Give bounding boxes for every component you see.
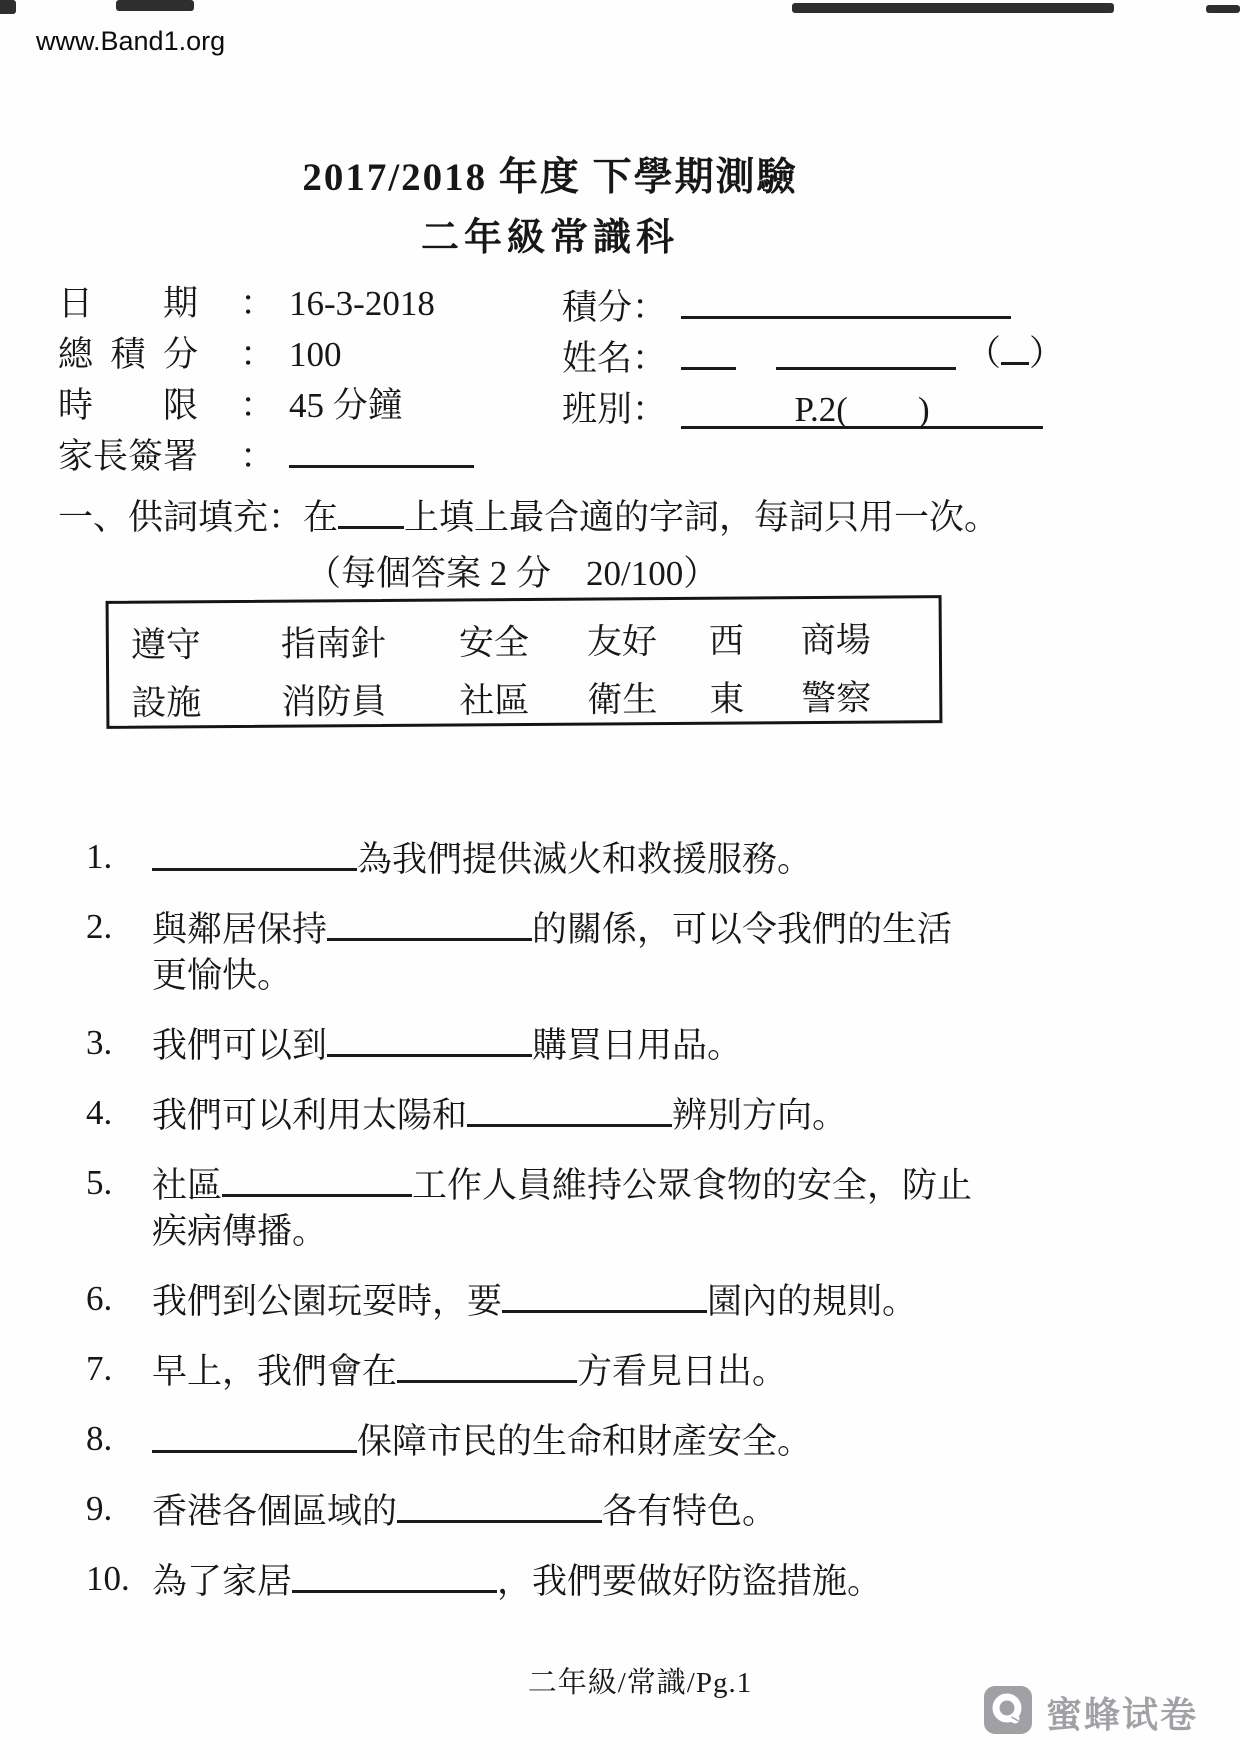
word-bank-item: 友好: [587, 614, 709, 665]
exam-info-right: 積分： 姓名：（） 班別：P.2( ): [562, 280, 1064, 433]
question-number: 3.: [86, 1020, 152, 1069]
fill-in-blank: [397, 1486, 602, 1523]
scan-artifact: [0, 0, 16, 14]
question-text: 為我們提供滅火和救援服務。: [152, 834, 980, 883]
info-row-parent-signature: 家長簽署：: [58, 429, 474, 480]
word-bank-item: 設施: [131, 675, 281, 726]
word-bank-item: 商場: [801, 612, 939, 663]
question-row: 1. 為我們提供滅火和救援服務。: [86, 834, 1044, 883]
name-line-short: [681, 331, 736, 370]
question-number: 5.: [86, 1160, 152, 1255]
parent-signature-label: 家長簽署: [58, 429, 240, 479]
fill-in-blank: [292, 1556, 497, 1593]
colon: ：: [632, 382, 667, 432]
parent-signature-line: [289, 429, 474, 468]
info-row-date: 日 期：16-3-2018: [58, 276, 474, 327]
question-number: 8.: [86, 1416, 152, 1465]
word-bank-item: 西: [709, 613, 801, 664]
info-row-time-limit: 時 限：45 分鐘: [58, 378, 474, 429]
brand-name: 蜜蜂试卷: [1046, 1687, 1198, 1738]
class-label: 班別: [562, 390, 632, 429]
fill-in-blank: [327, 904, 532, 941]
info-row-class: 班別：P.2( ): [562, 382, 1064, 433]
time-limit-value: 45 分鐘: [289, 386, 403, 425]
exam-title: 2017/2018 年度 下學期測驗: [0, 146, 1100, 202]
word-bank-item: 消防員: [281, 673, 459, 724]
section-heading-pre: 一、供詞填充：在: [58, 498, 338, 537]
scan-artifact: [792, 3, 1114, 13]
section-heading-post: 上填上最合適的字詞，每詞只用一次。: [404, 498, 999, 537]
class-number-parens: （）: [966, 334, 1064, 373]
question-text: 我們可以利用太陽和辨別方向。: [152, 1090, 980, 1139]
word-bank-item: 衛生: [587, 672, 709, 723]
word-bank-item: 東: [709, 671, 801, 722]
question-number: 9.: [86, 1486, 152, 1535]
info-row-total-marks: 總 積 分：100: [58, 327, 474, 378]
question-row: 2. 與鄰居保持的關係，可以令我們的生活更愉快。: [86, 904, 1044, 999]
fill-in-blank: [152, 1416, 357, 1453]
word-bank-item: 社區: [459, 673, 587, 724]
date-label: 日 期: [58, 276, 240, 326]
exam-info-left: 日 期：16-3-2018 總 積 分：100 時 限：45 分鐘 家長簽署：: [58, 276, 474, 480]
colon: ：: [632, 331, 667, 381]
question-text: 香港各個區域的各有特色。: [152, 1486, 980, 1535]
question-row: 9. 香港各個區域的各有特色。: [86, 1486, 1044, 1535]
info-row-score: 積分：: [562, 280, 1064, 331]
name-line-long: [776, 331, 956, 370]
name-label: 姓名: [562, 339, 632, 378]
question-text: 我們到公園玩耍時，要園內的規則。: [152, 1276, 980, 1325]
fill-in-blank: [222, 1160, 412, 1197]
section-one-heading: 一、供詞填充：在上填上最合適的字詞，每詞只用一次。: [58, 490, 999, 540]
scan-artifact: [1206, 5, 1240, 13]
colon: ：: [240, 429, 275, 479]
colon: ：: [240, 378, 275, 428]
exam-subtitle: 二年級常識科: [0, 206, 1100, 261]
question-number: 10.: [86, 1556, 152, 1605]
colon: ：: [632, 280, 667, 330]
scanned-exam-page: www.Band1.org 2017/2018 年度 下學期測驗 二年級常識科 …: [0, 0, 1240, 1754]
class-field-value: P.2( ): [794, 390, 929, 429]
score-line: [681, 280, 1011, 319]
info-row-name: 姓名：（）: [562, 331, 1064, 382]
colon: ：: [240, 327, 275, 377]
question-text: 為了家居，我們要做好防盜措施。: [152, 1556, 980, 1605]
question-number: 4.: [86, 1090, 152, 1139]
time-limit-label: 時 限: [58, 378, 240, 428]
class-field-line: P.2( ): [681, 382, 1043, 429]
fill-in-blank: [338, 492, 404, 529]
question-row: 7. 早上，我們會在方看見日出。: [86, 1346, 1044, 1395]
question-text: 早上，我們會在方看見日出。: [152, 1346, 980, 1395]
question-row: 6. 我們到公園玩耍時，要園內的規則。: [86, 1276, 1044, 1325]
question-text: 保障市民的生命和財產安全。: [152, 1416, 980, 1465]
class-number-line: [1001, 326, 1029, 365]
question-list: 1. 為我們提供滅火和救援服務。 2. 與鄰居保持的關係，可以令我們的生活更愉快…: [86, 834, 1044, 1626]
section-marks-note: （每個答案 2 分 20/100）: [306, 546, 718, 596]
total-marks-label: 總 積 分: [58, 327, 240, 377]
colon: ：: [240, 276, 275, 326]
question-text: 與鄰居保持的關係，可以令我們的生活更愉快。: [152, 904, 980, 999]
fill-in-blank: [327, 1020, 532, 1057]
question-row: 8. 保障市民的生命和財產安全。: [86, 1416, 1044, 1465]
question-number: 6.: [86, 1276, 152, 1325]
word-bank-row: 遵守 指南針 安全 友好 西 商場: [109, 612, 939, 668]
fill-in-blank: [467, 1090, 672, 1127]
question-number: 7.: [86, 1346, 152, 1395]
fill-in-blank: [152, 834, 357, 871]
total-marks-value: 100: [289, 335, 342, 374]
question-number: 1.: [86, 834, 152, 883]
score-label: 積分: [562, 288, 632, 327]
fill-in-blank: [502, 1276, 707, 1313]
question-number: 2.: [86, 904, 152, 999]
scan-artifact: [116, 0, 194, 11]
word-bank-item: 安全: [459, 615, 587, 666]
question-row: 5. 社區工作人員維持公眾食物的安全，防止疾病傳播。: [86, 1160, 1044, 1255]
word-bank-box: 遵守 指南針 安全 友好 西 商場 設施 消防員 社區 衛生 東 警察: [106, 595, 943, 729]
brand-logo: 蜜蜂试卷: [984, 1686, 1198, 1739]
question-text: 我們可以到購買日用品。: [152, 1020, 980, 1069]
bee-paper-logo-icon: [984, 1686, 1032, 1739]
question-row: 10. 為了家居，我們要做好防盜措施。: [86, 1556, 1044, 1605]
question-text: 社區工作人員維持公眾食物的安全，防止疾病傳播。: [152, 1160, 980, 1255]
question-row: 4. 我們可以利用太陽和辨別方向。: [86, 1090, 1044, 1139]
fill-in-blank: [397, 1346, 577, 1383]
word-bank-row: 設施 消防員 社區 衛生 東 警察: [109, 670, 939, 726]
question-row: 3. 我們可以到購買日用品。: [86, 1020, 1044, 1069]
word-bank-item: 遵守: [131, 617, 281, 668]
watermark-url: www.Band1.org: [36, 26, 225, 57]
date-value: 16-3-2018: [289, 284, 435, 323]
word-bank-item: 指南針: [281, 615, 459, 666]
word-bank-item: 警察: [801, 670, 939, 721]
